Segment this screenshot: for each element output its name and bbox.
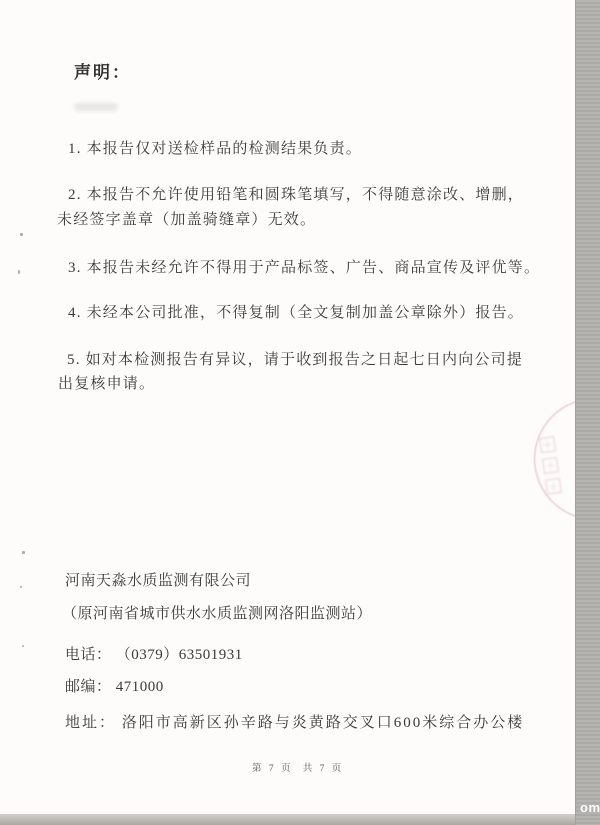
page-number: 第 7 页 共 7 页: [252, 760, 344, 774]
statement-3: 3. 本报告未经允许不得用于产品标签、广告、商品宣传及评优等。: [68, 256, 540, 277]
company-address: 地址： 洛阳市高新区孙辛路与炎黄路交叉口600米综合办公楼: [65, 711, 524, 732]
statement-2-line-1: 2. 本报告不允许使用铅笔和圆珠笔填写，不得随意涂改、增删，: [68, 183, 524, 204]
company-former-name: （原河南省城市供水水质监测网洛阳监测站）: [62, 602, 372, 623]
company-phone: 电话： （0379）63501931: [65, 643, 243, 664]
statement-5-line-2: 出复核申请。: [58, 372, 155, 393]
scanned-report-page: 声明： 1. 本报告仅对送检样品的检测结果负责。 2. 本报告不允许使用铅笔和圆…: [0, 0, 600, 825]
scan-border-right: [575, 0, 600, 825]
company-postal-code: 邮编： 471000: [65, 675, 164, 696]
scan-speck: [22, 645, 24, 647]
scan-smudge: [74, 103, 118, 111]
statement-5-line-1: 5. 如对本检测报告有异议，请于收到报告之日起七日内向公司提: [67, 348, 523, 369]
statement-4: 4. 未经本公司批准，不得复制（全文复制加盖公章除外）报告。: [68, 301, 524, 322]
seal-stamp-characters: [539, 436, 562, 495]
scan-border-bottom: [0, 814, 576, 825]
statement-1: 1. 本报告仅对送检样品的检测结果负责。: [68, 137, 362, 158]
scan-speck: [22, 551, 25, 554]
scan-speck: [20, 233, 23, 236]
scan-speck: [18, 270, 20, 274]
company-name: 河南天淼水质监测有限公司: [65, 569, 251, 590]
statement-2-line-2: 未经签字盖章（加盖骑缝章）无效。: [57, 208, 316, 229]
watermark-text: om: [580, 800, 600, 815]
scan-speck: [20, 586, 22, 588]
page-title: 声明：: [74, 58, 131, 83]
